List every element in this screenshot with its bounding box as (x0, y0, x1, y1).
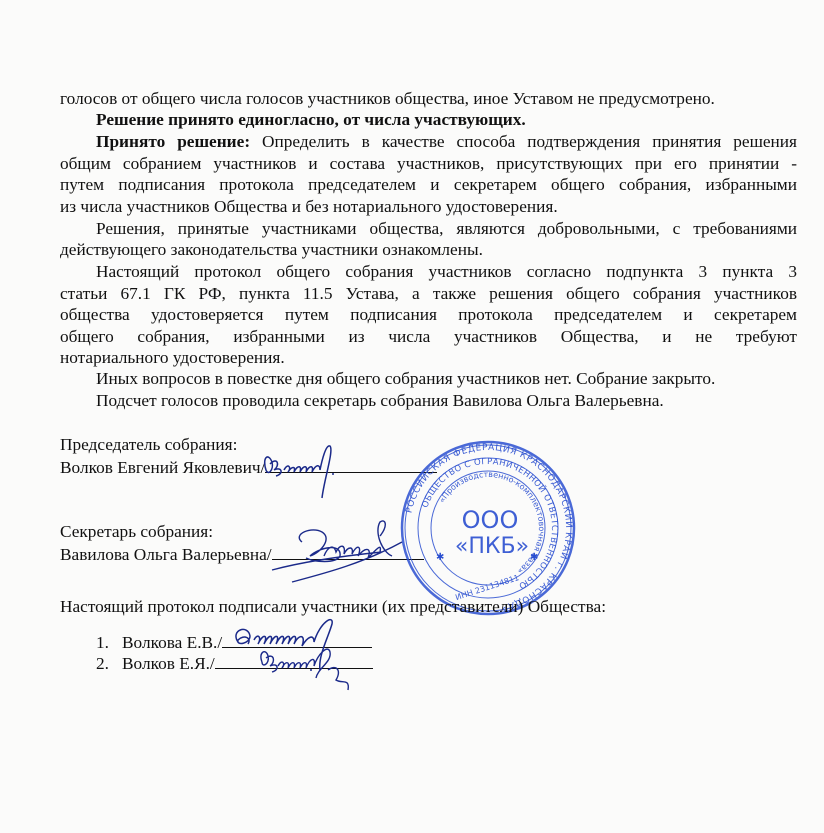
secretary-signature (262, 512, 422, 592)
participant-number: 1. (96, 632, 122, 653)
paragraph-voluntary-line2: действующего законодательства участники … (60, 239, 797, 260)
svg-text:ООО: ООО (462, 506, 519, 534)
decision-label: Принято решение: (96, 132, 250, 151)
participants-intro: Настоящий протокол подписали участники (… (60, 596, 797, 617)
chairman-name: Волков Евгений Яковлевич/ (60, 458, 265, 477)
svg-text:✱: ✱ (530, 552, 538, 563)
paragraph-certification-line4: общего собрания, избранными из числа уча… (60, 326, 797, 347)
paragraph-vote-counter: Подсчет голосов проводила секретарь собр… (96, 390, 797, 411)
chairman-signature (258, 440, 378, 505)
paragraph-decision-unanimous: Решение принято единогласно, от числа уч… (96, 109, 797, 130)
paragraph-certification-line5: нотариального удостоверения. (60, 347, 797, 368)
paragraph-decision-line2: общим собранием участников и состава уча… (60, 153, 797, 174)
svg-text:✱: ✱ (436, 552, 444, 563)
participant-2-signature (232, 640, 382, 700)
participant-row-2: 2.Волков Е.Я./ (96, 652, 824, 674)
paragraph-certification-line2: статьи 67.1 ГК РФ, пункта 11.5 Устава, а… (60, 283, 797, 304)
paragraph-decision-line4: из числа участников Общества и без нотар… (60, 196, 797, 217)
svg-text:«ПКБ»: «ПКБ» (455, 534, 529, 559)
participant-row-1: 1.Волкова Е.В./ (96, 631, 824, 653)
decision-unanimous-text: Решение принято единогласно, от числа уч… (96, 110, 526, 129)
document-page: голосов от общего числа голосов участник… (0, 0, 824, 833)
participant-name: Волков Е.Я./ (122, 654, 215, 673)
paragraph-certification-line3: общества удостоверяется путем подписания… (60, 304, 797, 325)
paragraph-decision-line1: Принято решение: Определить в качестве с… (96, 131, 797, 152)
paragraph-decision-line3: путем подписания протокола председателем… (60, 174, 797, 195)
secretary-name: Вавилова Ольга Валерьевна/ (60, 545, 272, 564)
paragraph-vote-rule: голосов от общего числа голосов участник… (60, 88, 797, 109)
participant-name: Волкова Е.В./ (122, 633, 222, 652)
participant-number: 2. (96, 653, 122, 674)
paragraph-meeting-closed: Иных вопросов в повестке дня общего собр… (96, 368, 797, 389)
paragraph-certification-line1: Настоящий протокол общего собрания участ… (96, 261, 797, 282)
company-stamp: РОССИЙСКАЯ ФЕДЕРАЦИЯ КРАСНОДАРСКИЙ КРАЙ … (400, 440, 576, 616)
paragraph-voluntary-line1: Решения, принятые участниками общества, … (96, 218, 797, 239)
